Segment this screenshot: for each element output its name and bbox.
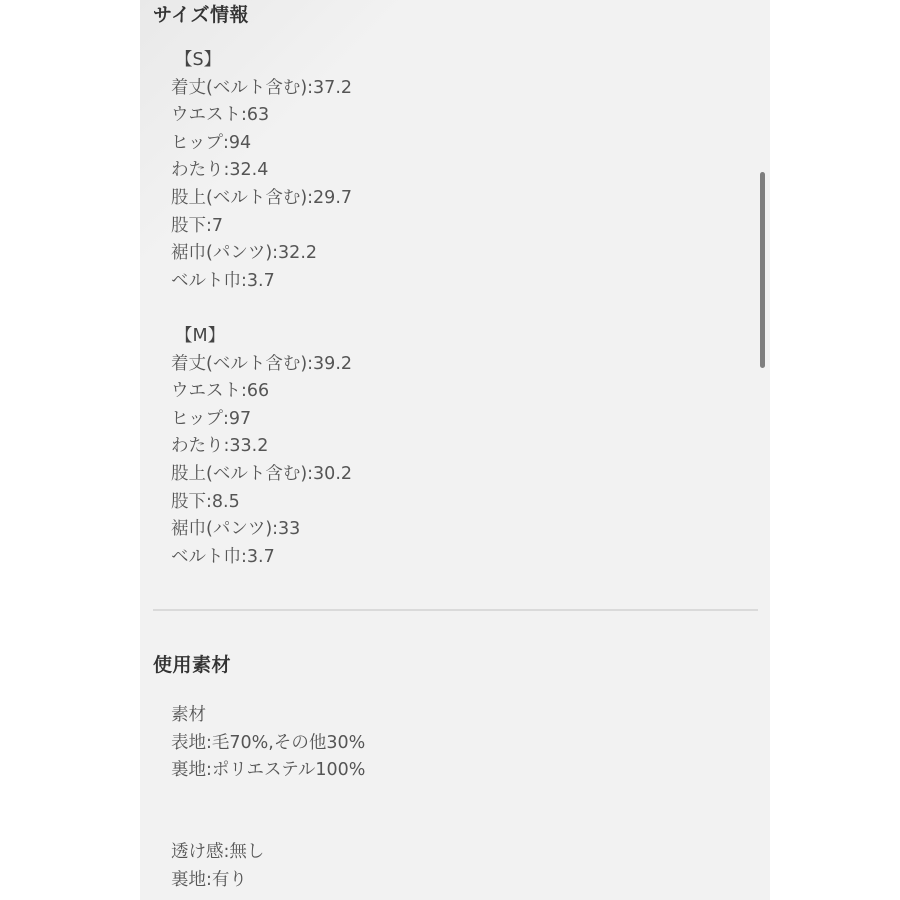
spec-rise: 股上(ベルト含む):30.2	[171, 461, 352, 489]
spec-length: 着丈(ベルト含む):39.2	[171, 351, 352, 379]
vertical-scrollbar[interactable]	[760, 172, 765, 368]
spec-rise: 股上(ベルト含む):29.7	[171, 185, 352, 213]
size-info-title: サイズ情報	[153, 0, 249, 27]
materials-title: 使用素材	[153, 650, 231, 677]
size-label-s: 【S】	[171, 47, 352, 75]
material-notes-block: 透け感:無し 裏地:有り	[171, 839, 264, 894]
section-divider	[153, 609, 758, 611]
spec-hem-width: 裾巾(パンツ):32.2	[171, 240, 352, 268]
note-lining: 裏地:有り	[171, 867, 264, 895]
spec-inseam: 股下:7	[171, 213, 352, 241]
spec-hip: ヒップ:94	[171, 130, 352, 158]
note-transparency: 透け感:無し	[171, 839, 264, 867]
size-label-m: 【M】	[171, 323, 352, 351]
material-label: 素材	[171, 702, 365, 730]
size-s-block: 【S】 着丈(ベルト含む):37.2 ウエスト:63 ヒップ:94 わたり:32…	[171, 47, 352, 295]
spec-hip: ヒップ:97	[171, 406, 352, 434]
product-details-panel: サイズ情報 【S】 着丈(ベルト含む):37.2 ウエスト:63 ヒップ:94 …	[140, 0, 770, 900]
spec-length: 着丈(ベルト含む):37.2	[171, 75, 352, 103]
size-m-block: 【M】 着丈(ベルト含む):39.2 ウエスト:66 ヒップ:97 わたり:33…	[171, 323, 352, 571]
spec-thigh: わたり:32.4	[171, 157, 352, 185]
spec-belt-width: ベルト巾:3.7	[171, 544, 352, 572]
spec-waist: ウエスト:63	[171, 102, 352, 130]
materials-block: 素材 表地:毛70%,その他30% 裏地:ポリエステル100%	[171, 702, 365, 785]
spec-thigh: わたり:33.2	[171, 433, 352, 461]
material-outer: 表地:毛70%,その他30%	[171, 730, 365, 758]
material-lining: 裏地:ポリエステル100%	[171, 757, 365, 785]
spec-belt-width: ベルト巾:3.7	[171, 268, 352, 296]
spec-waist: ウエスト:66	[171, 378, 352, 406]
spec-hem-width: 裾巾(パンツ):33	[171, 516, 352, 544]
spec-inseam: 股下:8.5	[171, 489, 352, 517]
